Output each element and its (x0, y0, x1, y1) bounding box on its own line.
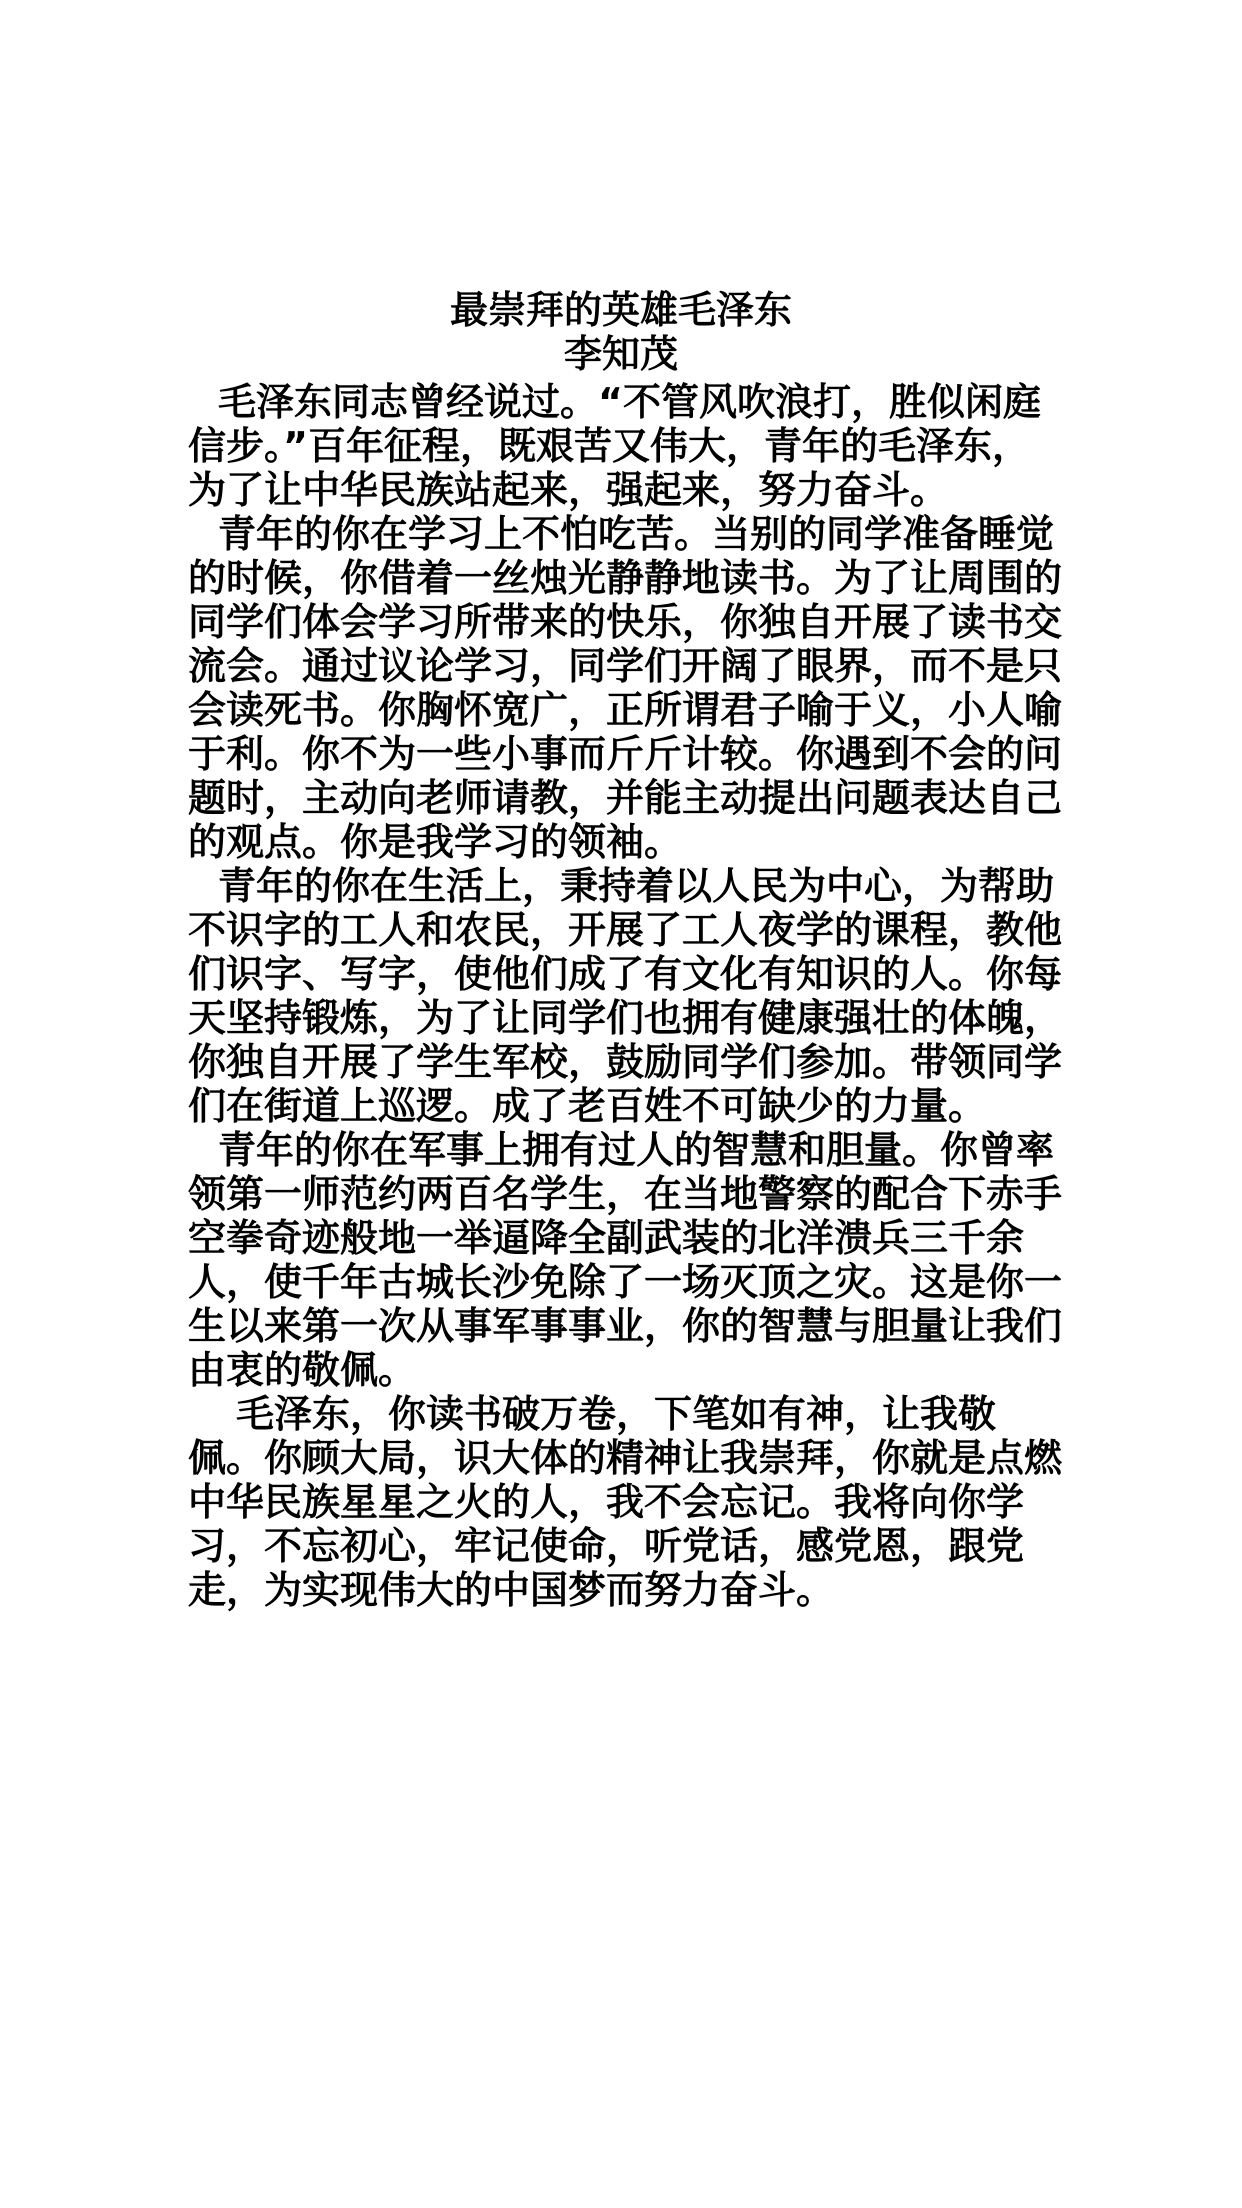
essay-author: 李知茂 (0, 332, 1242, 376)
essay-line: 走，为实现伟大的中国梦而努力奋斗。 (188, 1568, 1058, 1612)
essay-paragraph: 青年的你在学习上不怕吃苦。当别的同学准备睡觉的时候，你借着一丝烛光静静地读书。为… (188, 512, 1058, 864)
essay-paragraph: 青年的你在军事上拥有过人的智慧和胆量。你曾率领第一师范约两百名学生，在当地警察的… (188, 1128, 1058, 1392)
essay-line: 同学们体会学习所带来的快乐，你独自开展了读书交 (188, 600, 1058, 644)
essay-line: 于利。你不为一些小事而斤斤计较。你遇到不会的问 (188, 732, 1058, 776)
essay-line: 天坚持锻炼，为了让同学们也拥有健康强壮的体魄， (188, 996, 1058, 1040)
essay-line: 佩。你顾大局，识大体的精神让我崇拜，你就是点燃 (188, 1436, 1058, 1480)
essay-line: 青年的你在生活上，秉持着以人民为中心，为帮助 (188, 864, 1058, 908)
essay-line: 毛泽东同志曾经说过。“不管风吹浪打，胜似闲庭 (188, 380, 1058, 424)
essay-paragraph: 毛泽东同志曾经说过。“不管风吹浪打，胜似闲庭信步。”百年征程，既艰苦又伟大，青年… (188, 380, 1058, 512)
essay-body: 毛泽东同志曾经说过。“不管风吹浪打，胜似闲庭信步。”百年征程，既艰苦又伟大，青年… (188, 380, 1058, 1612)
essay-line: 毛泽东，你读书破万卷，下笔如有神，让我敬 (188, 1392, 1058, 1436)
essay-line: 领第一师范约两百名学生，在当地警察的配合下赤手 (188, 1172, 1058, 1216)
essay-line: 习，不忘初心，牢记使命，听党话，感党恩，跟党 (188, 1524, 1058, 1568)
document-page: 最崇拜的英雄毛泽东 李知茂 毛泽东同志曾经说过。“不管风吹浪打，胜似闲庭信步。”… (0, 0, 1242, 2208)
essay-title: 最崇拜的英雄毛泽东 (0, 288, 1242, 332)
essay-line: 青年的你在学习上不怕吃苦。当别的同学准备睡觉 (188, 512, 1058, 556)
essay-line: 流会。通过议论学习，同学们开阔了眼界，而不是只 (188, 644, 1058, 688)
essay-line: 的观点。你是我学习的领袖。 (188, 820, 1058, 864)
essay-line: 题时，主动向老师请教，并能主动提出问题表达自己 (188, 776, 1058, 820)
essay-line: 青年的你在军事上拥有过人的智慧和胆量。你曾率 (188, 1128, 1058, 1172)
essay-line: 空拳奇迹般地一举逼降全副武装的北洋溃兵三千余 (188, 1216, 1058, 1260)
essay-line: 为了让中华民族站起来，强起来，努力奋斗。 (188, 468, 1058, 512)
essay-line: 会读死书。你胸怀宽广，正所谓君子喻于义，小人喻 (188, 688, 1058, 732)
essay-line: 们识字、写字，使他们成了有文化有知识的人。你每 (188, 952, 1058, 996)
essay-line: 信步。”百年征程，既艰苦又伟大，青年的毛泽东， (188, 424, 1058, 468)
essay-line: 由衷的敬佩。 (188, 1348, 1058, 1392)
essay-line: 们在街道上巡逻。成了老百姓不可缺少的力量。 (188, 1084, 1058, 1128)
essay-paragraph: 毛泽东，你读书破万卷，下笔如有神，让我敬佩。你顾大局，识大体的精神让我崇拜，你就… (188, 1392, 1058, 1612)
essay-line: 不识字的工人和农民，开展了工人夜学的课程，教他 (188, 908, 1058, 952)
essay-line: 人，使千年古城长沙免除了一场灭顶之灾。这是你一 (188, 1260, 1058, 1304)
essay-paragraph: 青年的你在生活上，秉持着以人民为中心，为帮助不识字的工人和农民，开展了工人夜学的… (188, 864, 1058, 1128)
essay-line: 你独自开展了学生军校，鼓励同学们参加。带领同学 (188, 1040, 1058, 1084)
essay-line: 的时候，你借着一丝烛光静静地读书。为了让周围的 (188, 556, 1058, 600)
essay-line: 生以来第一次从事军事事业，你的智慧与胆量让我们 (188, 1304, 1058, 1348)
essay-line: 中华民族星星之火的人，我不会忘记。我将向你学 (188, 1480, 1058, 1524)
